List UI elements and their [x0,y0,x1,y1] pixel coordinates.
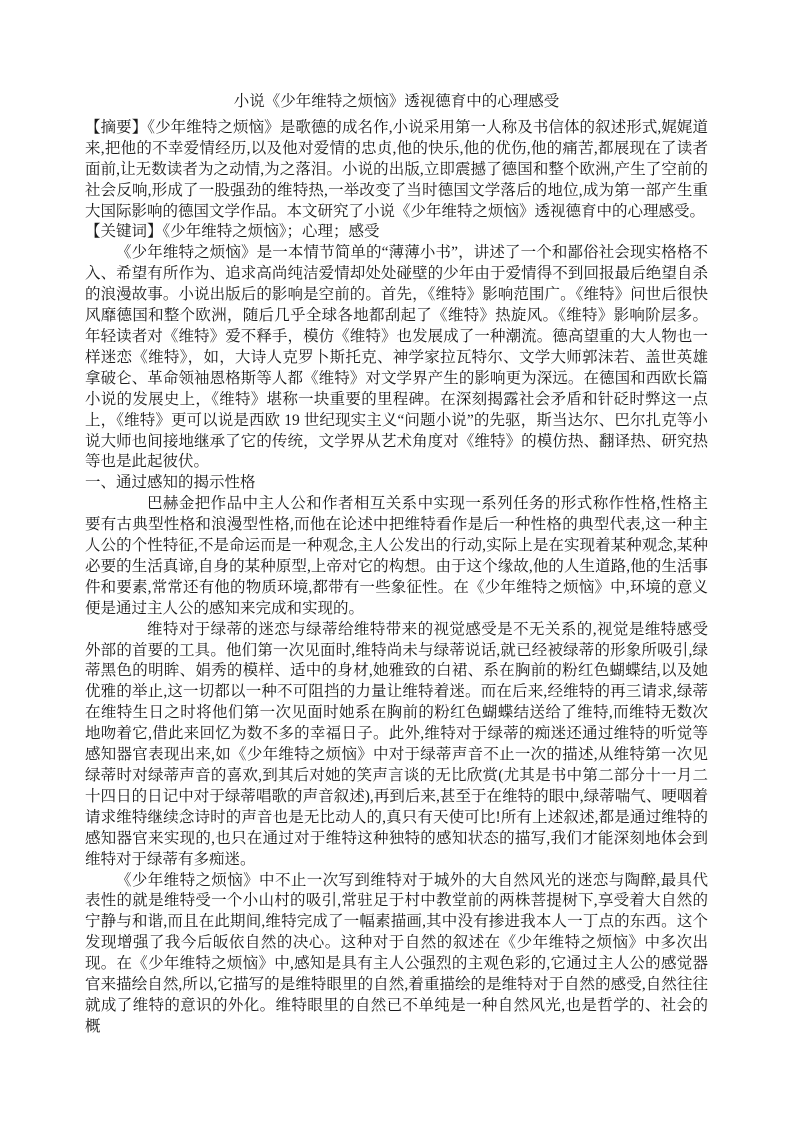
document-title: 小说《少年维特之烦恼》透视德育中的心理感受 [85,92,708,113]
section-heading-1: 一、通过感知的揭示性格 [85,473,708,494]
perception-paragraph: 维特对于绿蒂的迷恋与绿蒂给维特带来的视觉感受是不无关系的,视觉是维特感受外部的首… [85,620,708,871]
keywords-line: 【关键词】《少年维特之烦恼》；心理；感受 [85,222,708,243]
document-page: 小说《少年维特之烦恼》透视德育中的心理感受 【摘要】《少年维特之烦恼》是歌德的成… [0,0,793,1122]
nature-paragraph: 《少年维特之烦恼》中不止一次写到维特对于城外的大自然风光的迷恋与陶醉,最具代表性… [85,871,708,1038]
intro-paragraph: 《少年维特之烦恼》是一本情节简单的“薄薄小书”，讲述了一个和鄙俗社会现实格格不入… [85,243,708,473]
character-paragraph: 巴赫金把作品中主人公和作者相互关系中实现一系列任务的形式称作性格,性格主要有古典… [85,494,708,619]
abstract-paragraph: 【摘要】《少年维特之烦恼》是歌德的成名作,小说采用第一人称及书信体的叙述形式,娓… [85,118,708,223]
